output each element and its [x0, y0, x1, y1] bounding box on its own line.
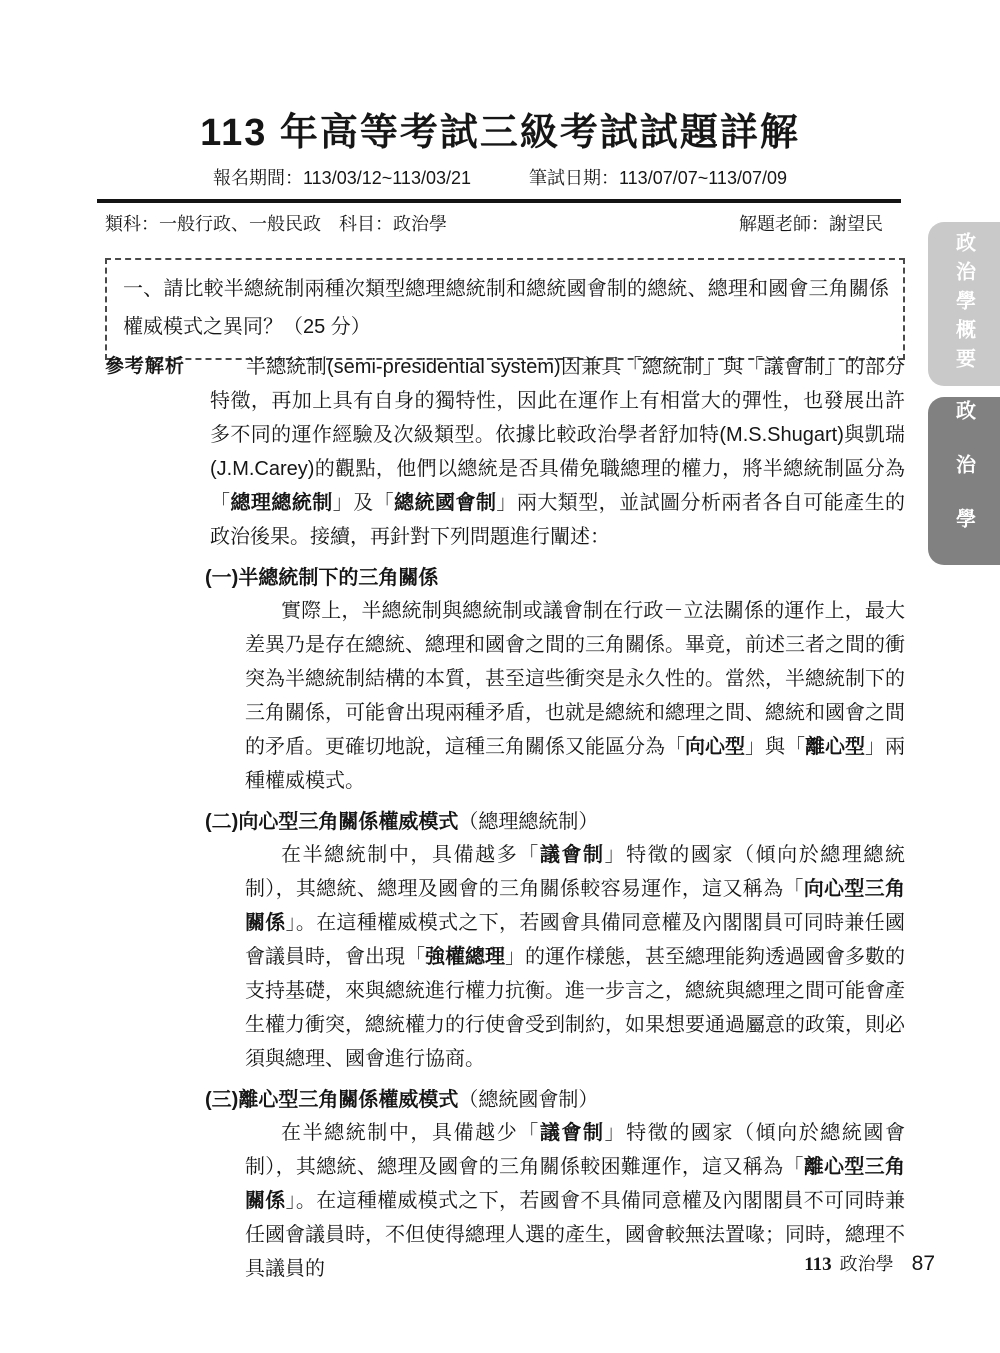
analysis-intro-paragraph: 半總統制(semi-presidential system)因兼具「總統制」與「… — [210, 350, 905, 554]
page-footer: 113 政治學 87 — [804, 1250, 935, 1276]
analysis-subsection-3: (三)離心型三角關係權威模式（總統國會制） 在半總統制中，具備越少「議會制」特徵… — [205, 1084, 905, 1286]
registration-period: 報名期間：113/03/12~113/03/21 — [213, 166, 471, 190]
subsection-2-heading: (二)向心型三角關係權威模式（總理總統制） — [205, 806, 905, 838]
category-subject-label: 類科：一般行政、一般民政 科目：政治學 — [105, 211, 447, 237]
analysis-subsection-1: (一)半總統制下的三角關係 實際上，半總統制與總統制或議會制在行政－立法關係的運… — [205, 562, 905, 798]
subsection-2-body: 在半總統制中，具備越多「議會制」特徵的國家（傾向於總理總統制），其總統、總理及國… — [245, 838, 905, 1076]
meta-row: 類科：一般行政、一般民政 科目：政治學 解題老師：謝望民 — [105, 211, 883, 237]
subsection-3-heading: (三)離心型三角關係權威模式（總統國會制） — [205, 1084, 905, 1116]
footer-year: 113 — [804, 1254, 831, 1276]
question-text: 一、請比較半總統制兩種次類型總理總統制和總統國會制的總統、總理和國會三角關係權威… — [123, 270, 889, 346]
analysis-section: 參考解析 半總統制(semi-presidential system)因兼具「總… — [105, 350, 905, 1286]
exam-info-line: 報名期間：113/03/12~113/03/21 筆試日期：113/07/07~… — [100, 166, 900, 190]
footer-page-number: 87 — [912, 1252, 935, 1276]
page-title: 113 年高等考試三級考試試題詳解 — [100, 110, 900, 156]
document-page: 113 年高等考試三級考試試題詳解 報名期間：113/03/12~113/03/… — [0, 0, 1000, 1353]
footer-subject: 政治學 — [840, 1250, 894, 1276]
header-divider — [97, 199, 901, 203]
sidebar-tab-politics-outline: 政治學概要 — [928, 222, 1000, 386]
teacher-label: 解題老師：謝望民 — [739, 211, 883, 237]
analysis-subsection-2: (二)向心型三角關係權威模式（總理總統制） 在半總統制中，具備越多「議會制」特徵… — [205, 806, 905, 1076]
subsection-1-body: 實際上，半總統制與總統制或議會制在行政－立法關係的運作上，最大差異乃是存在總統、… — [245, 594, 905, 798]
question-box: 一、請比較半總統制兩種次類型總理總統制和總統國會制的總統、總理和國會三角關係權威… — [105, 258, 905, 360]
sidebar-tab-politics: 政治學 — [928, 397, 1000, 565]
analysis-label: 參考解析 — [105, 351, 185, 378]
written-exam-date: 筆試日期：113/07/07~113/07/09 — [529, 166, 787, 190]
subsection-1-heading: (一)半總統制下的三角關係 — [205, 562, 905, 594]
